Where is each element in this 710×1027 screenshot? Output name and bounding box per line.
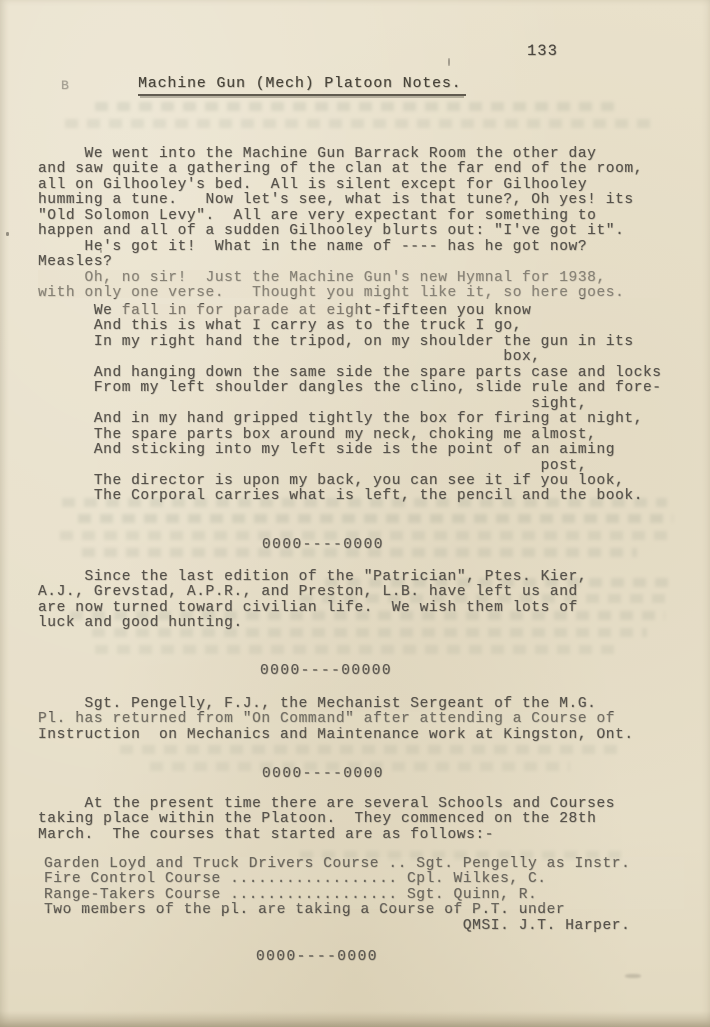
section-divider-1: 0000----0000 (262, 538, 384, 553)
page-bottom-edge (0, 1011, 710, 1027)
ink-speck (625, 974, 641, 978)
hymnal-verse: We fall in for parade at eight-fifteen y… (38, 304, 662, 505)
bleed-through-smudge (95, 645, 615, 654)
intro-paragraph: We went into the Machine Gun Barrack Roo… (38, 147, 643, 302)
bleed-through-smudge (65, 119, 650, 128)
ink-speck (6, 232, 9, 236)
ink-speck (448, 58, 450, 66)
section-divider-4: 0000----0000 (256, 950, 378, 965)
section-divider-2: 0000----00000 (260, 664, 392, 679)
courses-intro-paragraph: At the present time there are several Sc… (38, 797, 615, 843)
bleed-through-smudge (78, 514, 673, 523)
bleed-through-smudge (95, 102, 620, 111)
document-page: 133 B Machine Gun (Mech) Platoon Notes. … (0, 0, 710, 1027)
page-title-text: Machine Gun (Mech) Platoon Notes. (138, 75, 466, 96)
bleed-through-smudge (120, 745, 620, 754)
ink-speck (100, 250, 102, 253)
page-title: Machine Gun (Mech) Platoon Notes. (138, 76, 466, 91)
section-divider-3: 0000----0000 (262, 767, 384, 782)
margin-mark: B (61, 78, 69, 93)
page-number: 133 (527, 44, 558, 59)
departures-paragraph: Since the last edition of the "Patrician… (38, 570, 587, 632)
mechanist-paragraph: Sgt. Pengelly, F.J., the Mechanist Serge… (38, 697, 634, 743)
courses-list: Garden Loyd and Truck Drivers Course .. … (44, 857, 630, 934)
